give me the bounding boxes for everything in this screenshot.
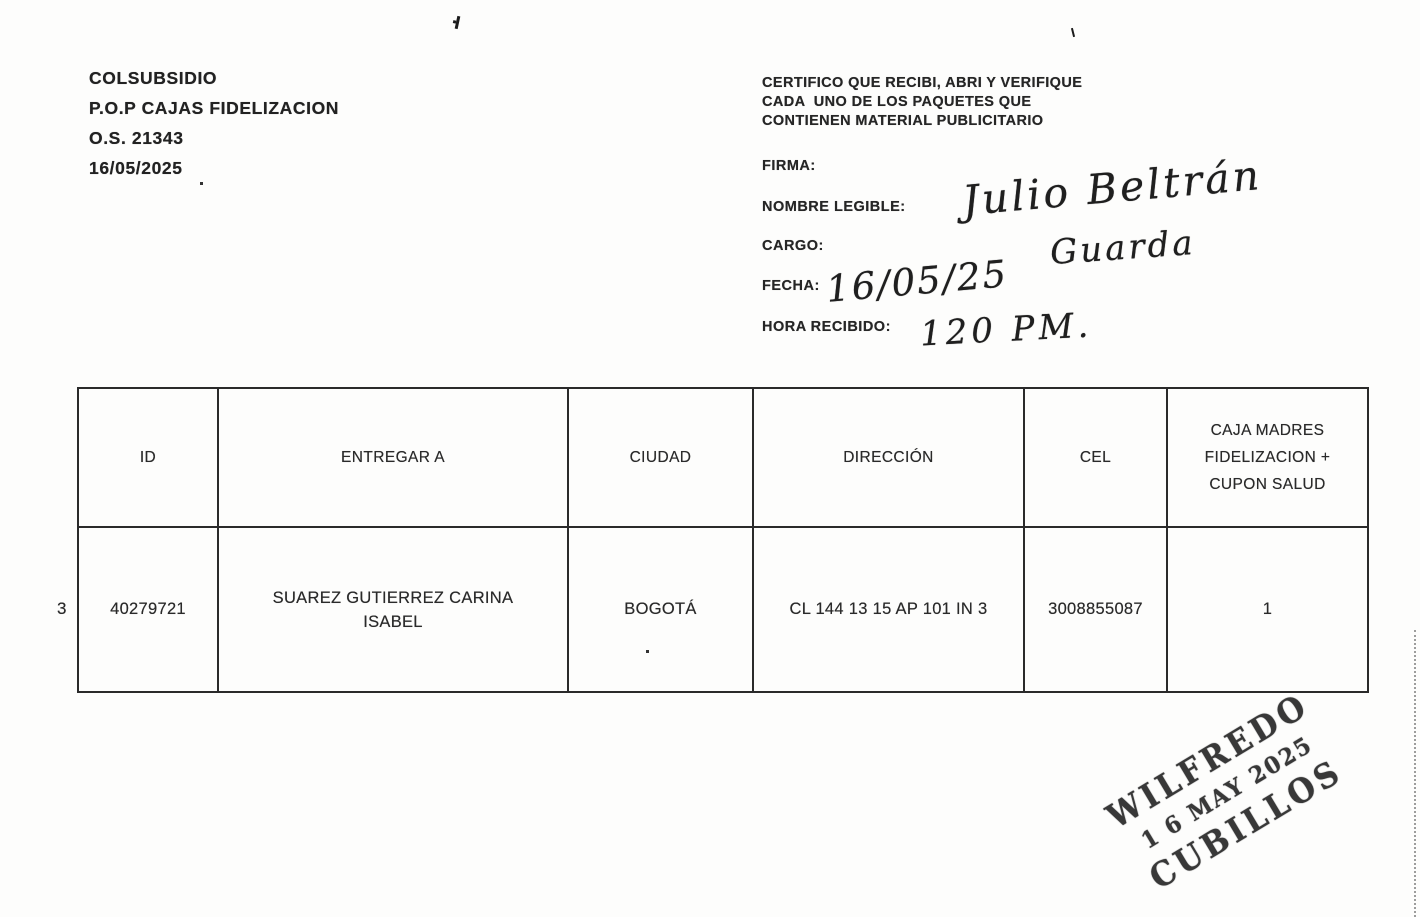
statement-line: CADA UNO DE LOS PAQUETES QUE <box>762 93 1082 112</box>
rubber-stamp: WILFREDO 1 6 MAY 2025 CUBILLOS <box>1075 695 1380 890</box>
col-header-ciudad: CIUDAD <box>568 388 753 527</box>
handwritten-fecha: 16/05/25 <box>824 252 1009 311</box>
col-header-caja-madres: CAJA MADRES FIDELIZACION + CUPON SALUD <box>1167 388 1368 527</box>
handwritten-name: Julio Beltrán <box>960 151 1263 225</box>
fecha-label: FECHA: <box>762 278 820 294</box>
stamp-first-name: WILFREDO <box>1102 688 1314 833</box>
campaign-name: P.O.P CAJAS FIDELIZACION <box>89 93 339 123</box>
col-header-cel: CEL <box>1024 388 1167 527</box>
row-index-number: 3 <box>57 599 66 619</box>
scan-edge-artifact <box>1414 630 1416 917</box>
cell-direccion: CL 144 13 15 AP 101 IN 3 <box>753 527 1024 692</box>
handwritten-hora: 120 PM. <box>919 306 1093 355</box>
rubber-stamp-text: WILFREDO 1 6 MAY 2025 CUBILLOS <box>1103 689 1352 896</box>
delivery-table-wrap: ID ENTREGAR A CIUDAD DIRECCIÓN CEL CAJA … <box>77 387 1369 693</box>
firma-label: FIRMA: <box>762 158 816 174</box>
scan-dot <box>646 650 649 653</box>
delivery-table: ID ENTREGAR A CIUDAD DIRECCIÓN CEL CAJA … <box>77 387 1369 693</box>
col-header-direccion: DIRECCIÓN <box>753 388 1024 527</box>
stamp-last-name: CUBILLOS <box>1145 754 1348 894</box>
cell-id: 40279721 <box>78 527 218 692</box>
col-header-caja-madres-text: CAJA MADRES FIDELIZACION + CUPON SALUD <box>1193 417 1343 498</box>
cargo-label: CARGO: <box>762 238 824 254</box>
cell-ciudad: BOGOTÁ <box>568 527 753 692</box>
order-date: 16/05/2025 <box>89 153 339 183</box>
statement-line: CONTIENEN MATERIAL PUBLICITARIO <box>762 112 1082 131</box>
cell-entregar-a-text: SUAREZ GUTIERREZ CARINA ISABEL <box>267 586 519 634</box>
cell-cel: 3008855087 <box>1024 527 1167 692</box>
cell-caja-count: 1 <box>1167 527 1368 692</box>
scan-speck <box>455 16 461 29</box>
table-row: 40279721 SUAREZ GUTIERREZ CARINA ISABEL … <box>78 527 1368 692</box>
certificate-statement: CERTIFICO QUE RECIBI, ABRI Y VERIFIQUE C… <box>762 74 1082 131</box>
statement-line: CERTIFICO QUE RECIBI, ABRI Y VERIFIQUE <box>762 74 1082 93</box>
stamp-date: 1 6 MAY 2025 <box>1138 732 1317 852</box>
scan-dot <box>200 182 203 185</box>
company-name: COLSUBSIDIO <box>89 63 339 93</box>
cell-entregar-a: SUAREZ GUTIERREZ CARINA ISABEL <box>218 527 568 692</box>
scanned-delivery-receipt: COLSUBSIDIO P.O.P CAJAS FIDELIZACION O.S… <box>0 0 1420 917</box>
scan-speck <box>1071 28 1075 37</box>
handwritten-cargo: Guarda <box>1049 223 1197 273</box>
col-header-id: ID <box>78 388 218 527</box>
hora-recibido-label: HORA RECIBIDO: <box>762 319 891 335</box>
table-header-row: ID ENTREGAR A CIUDAD DIRECCIÓN CEL CAJA … <box>78 388 1368 527</box>
order-number: O.S. 21343 <box>89 123 339 153</box>
nombre-legible-label: NOMBRE LEGIBLE: <box>762 199 906 215</box>
order-info-block: COLSUBSIDIO P.O.P CAJAS FIDELIZACION O.S… <box>89 63 339 183</box>
col-header-entregar-a: ENTREGAR A <box>218 388 568 527</box>
